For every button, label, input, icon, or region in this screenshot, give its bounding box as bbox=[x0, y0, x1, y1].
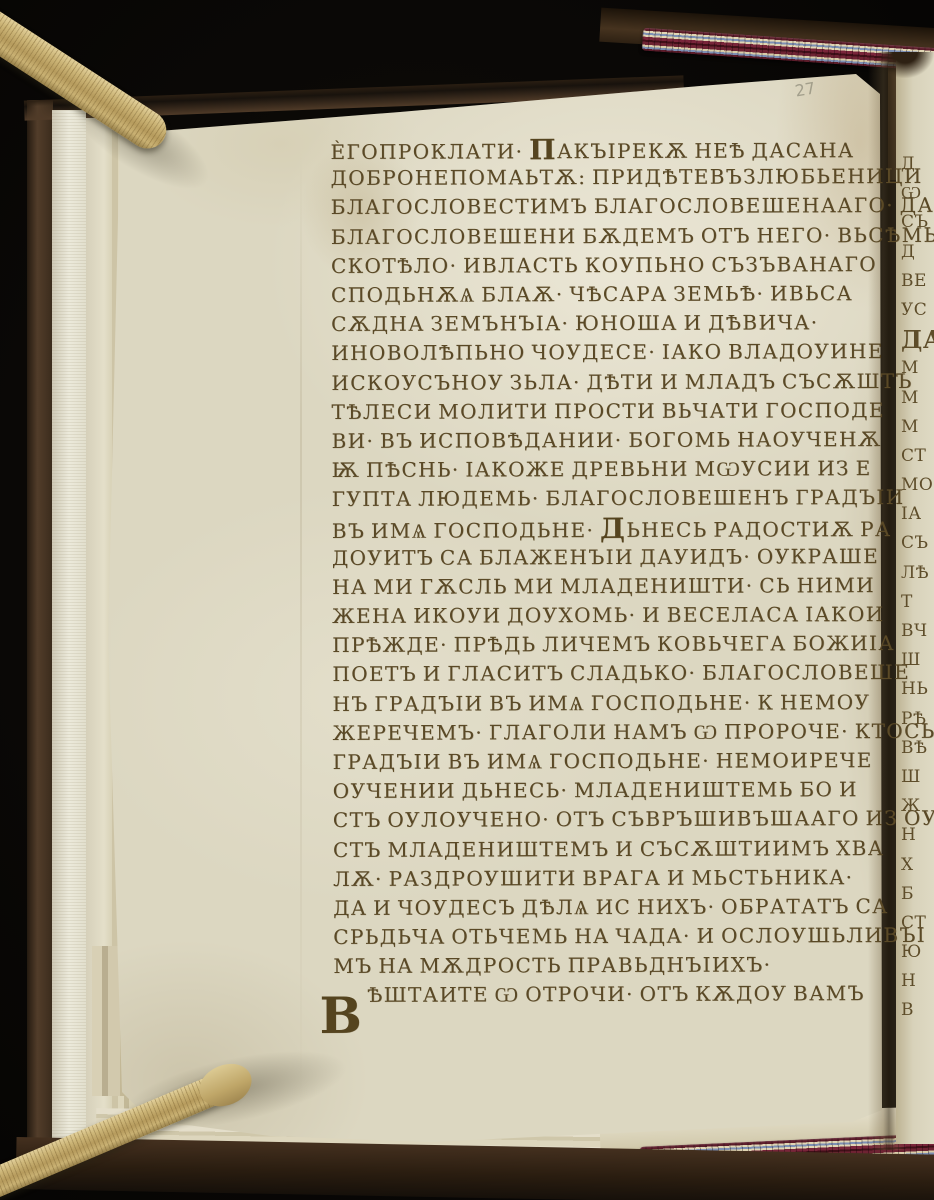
facing-text-fragment: М bbox=[901, 413, 934, 442]
facing-text-fragment: Н bbox=[901, 821, 934, 850]
facing-text-fragment: Т bbox=[901, 588, 934, 617]
facing-text-fragment: СЪ bbox=[901, 208, 934, 237]
text-line: ВЪ ИМѦ ГОСПОДЬНЕ· ДЬНЕСЬ РАДОСТИѪ РА bbox=[332, 512, 884, 543]
facing-text-fragment: Ш bbox=[901, 646, 934, 675]
text-line: ДОУИТЪ СА БЛАЖЕНЪІИ ДАУИДЪ· ОУКРАШЕ bbox=[332, 542, 884, 573]
book-cover-left-edge bbox=[27, 100, 53, 1170]
text-line: ПОЕТЪ И ГЛАСИТЪ СЛАДЬКО· БЛАГОСЛОВЕШЕ bbox=[332, 658, 884, 689]
facing-text-fragment: Ѡ bbox=[901, 179, 934, 208]
facing-page-text-fragments: ДѠСЪДВЕУСДАНМММСТМОІАСЪЛѢТВЧШНЬРѢВѢШЖНХБ… bbox=[901, 150, 934, 1030]
facing-text-fragment: Д bbox=[901, 150, 934, 179]
facing-text-fragment: Х bbox=[901, 851, 934, 880]
folio-number-pencil: 27 bbox=[794, 78, 817, 100]
text-line: ЖЕНА ИКОУИ ДОУХОМЬ· И ВЕСЕЛАСА ІАКОИ bbox=[332, 600, 884, 631]
facing-text-fragment: ВѢ bbox=[901, 734, 934, 763]
facing-text-fragment: ДАН bbox=[901, 325, 934, 354]
text-line: ВѢШТАИТЕ Ѡ ОТРОЧИ· ОТЪ КѪДОУ ВАМЪ bbox=[333, 979, 885, 1010]
text-line: ИНОВОЛѢПЬНО ЧОУДЕСЕ· ІАКО ВЛАДОУИНЕ bbox=[331, 337, 883, 368]
text-line: МЪ НА МѪДРОСТЬ ПРАВЬДНЪІИХЪ· bbox=[333, 950, 885, 981]
facing-text-fragment: В bbox=[901, 996, 934, 1025]
text-line: НЪ ГРАДЪІИ ВЪ ИМѦ ГОСПОДЬНЕ· К НЕМОУ bbox=[332, 688, 884, 719]
text-line: ДА И ЧОУДЕСЪ ДѢЛѦ ИС НИХЪ· ОБРАТАТЪ СА bbox=[333, 892, 885, 923]
gutter-top-notch bbox=[876, 52, 934, 78]
facing-text-fragment: Ю bbox=[901, 938, 934, 967]
text-line: ЛѪ· РАЗДРОУШИТИ ВРАГА И МЬСТЬНИКА· bbox=[333, 863, 885, 894]
facing-text-fragment: Б bbox=[901, 880, 934, 909]
text-line: ПРѢЖДЕ· ПРѢДЬ ЛИЧЕМЪ КОВЬЧЕГА БОЖИІА bbox=[332, 629, 884, 660]
text-line: ДОБРОНЕПОМАЬТѪ: ПРИДѢТЕВЪЗЛЮБЬЕНИЦИ bbox=[331, 162, 883, 193]
text-line: БЛАГОСЛОВЕШЕНИ БѪДЕМЪ ОТЪ НЕГО· ВЬСѢМЬ bbox=[331, 221, 883, 252]
text-line: ГУПТА ЛЮДЕМЬ· БЛАГОСЛОВЕШЕНЪ ГРАДЪІИ bbox=[332, 483, 884, 514]
initial-letter: В bbox=[319, 996, 363, 1036]
text-line: ЀГОПРОКЛАТИ· ПАКЪІРЕКѪ НЕѢ ДАСАНА bbox=[330, 133, 882, 164]
facing-text-fragment: ЛѢ bbox=[901, 559, 934, 588]
facing-text-fragment: НЬ bbox=[901, 675, 934, 704]
text-line: ГРАДЪІИ ВЪ ИМѦ ГОСПОДЬНЕ· НЕМОИРЕЧЕ bbox=[333, 746, 885, 777]
facing-text-fragment: ВЕ bbox=[901, 267, 934, 296]
parchment-fold-line bbox=[300, 150, 302, 1110]
initial-letter: Д bbox=[600, 512, 626, 545]
facing-text-fragment: УС bbox=[901, 296, 934, 325]
text-line: НА МИ ГѪСЛЬ МИ МЛАДЕНИШТИ· СЬ НИМИ bbox=[332, 571, 884, 602]
facing-text-fragment: СТ bbox=[901, 909, 934, 938]
text-line: Ѭ ПѢСНЬ· ІАКОЖЕ ДРЕВЬНИ МѠУСИИ ИЗ Е bbox=[332, 454, 884, 485]
text-line: СТЪ ОУЛОУЧЕНО· ОТЪ СЪВРЪШИВЪШААГО ИЗ ОУ bbox=[333, 804, 885, 835]
text-line: ИСКОУСЪНОУ ЗЬЛА· ДѢТИ И МЛАДЪ СЪСѪШТЪ bbox=[331, 367, 883, 398]
facing-text-fragment: Д bbox=[901, 238, 934, 267]
manuscript-photo: 27 ЀГОПРОКЛАТИ· ПАКЪІРЕКѪ НЕѢ ДАСАНАДОБР… bbox=[0, 0, 934, 1200]
text-line: ВИ· ВЪ ИСПОВѢДАНИИ· БОГОМЬ НАОУЧЕНѪ bbox=[331, 425, 883, 456]
facing-text-fragment: СЪ bbox=[901, 529, 934, 558]
text-block: ЀГОПРОКЛАТИ· ПАКЪІРЕКѪ НЕѢ ДАСАНАДОБРОНЕ… bbox=[330, 133, 885, 1011]
text-line: СПОДЬНѪѦ БЛАѪ· ЧѢСАРА ЗЕМЬѢ· ИВЬСА bbox=[331, 279, 883, 310]
facing-text-fragment: СТ bbox=[901, 442, 934, 471]
facing-text-fragment: МО bbox=[901, 471, 934, 500]
text-line: СѪДНА ЗЕМЪНЪІА· ЮНОША И ДѢВИЧА· bbox=[331, 308, 883, 339]
facing-text-fragment: М bbox=[901, 384, 934, 413]
initial-letter: П bbox=[529, 133, 557, 166]
text-line: СКОТѢЛО· ИВЛАСТЬ КОУПЬНО СЪЗЪВАНАГО bbox=[331, 250, 883, 281]
facing-text-fragment: ВЧ bbox=[901, 617, 934, 646]
facing-text-fragment: ІА bbox=[901, 500, 934, 529]
text-line: ЖЕРЕЧЕМЪ· ГЛАГОЛИ НАМЪ Ѡ ПРОРОЧЕ· КТОСЬ bbox=[333, 717, 885, 748]
flyleaf-edge bbox=[52, 110, 86, 1150]
facing-text-fragment: РѢ bbox=[901, 705, 934, 734]
text-line: СРЬДЬЧА ОТЬЧЕМЬ НА ЧАДА· И ОСЛОУШЬЛИВЪІ bbox=[333, 921, 885, 952]
text-line: БЛАГОСЛОВЕСТИМЪ БЛАГОСЛОВЕШЕНААГО· ДА bbox=[331, 191, 883, 222]
text-line: ТѢЛЕСИ МОЛИТИ ПРОСТИ ВЬЧАТИ ГОСПОДЕ bbox=[331, 396, 883, 427]
facing-text-fragment: Н bbox=[901, 967, 934, 996]
facing-text-fragment: Ш bbox=[901, 763, 934, 792]
facing-text-fragment: Ж bbox=[901, 792, 934, 821]
text-line: СТЪ МЛАДЕНИШТЕМЪ И СЪСѪШТИИМЪ ХВА bbox=[333, 834, 885, 865]
facing-text-fragment: М bbox=[901, 354, 934, 383]
text-line: ОУЧЕНИИ ДЬНЕСЬ· МЛАДЕНИШТЕМЬ БО И bbox=[333, 775, 885, 806]
